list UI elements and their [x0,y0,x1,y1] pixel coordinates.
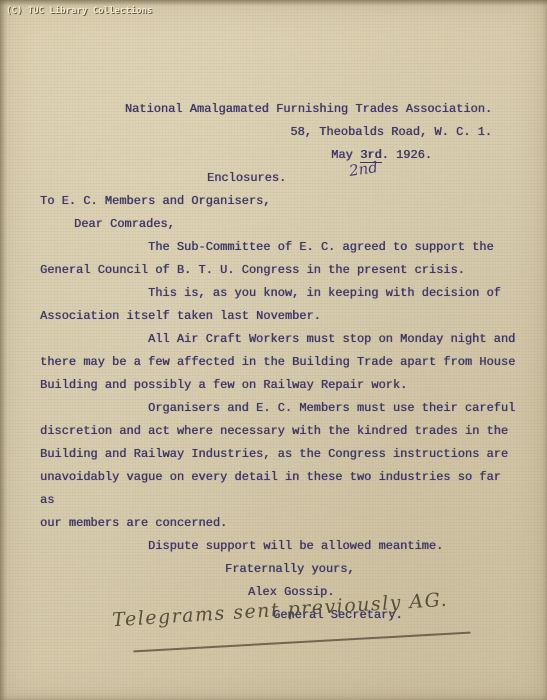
date-suffix: . 1926. [382,148,432,162]
date-line: May 3rd. 1926. [40,144,522,167]
enclosures-label: Enclosures. [40,167,522,190]
organisation-address: 58, Theobalds Road, W. C. 1. [40,121,522,144]
paragraph-2: This is, as you know, in keeping with de… [40,282,522,328]
salutation: Dear Comrades, [40,213,522,236]
recipient-line: To E. C. Members and Organisers, [40,190,522,213]
paragraph-3: All Air Craft Workers must stop on Monda… [40,328,522,397]
organisation-name: National Amalgamated Furnishing Trades A… [40,98,522,121]
paragraph-4: Organisers and E. C. Members must use th… [40,397,522,535]
watermark: (C) TUC Library Collections [6,6,152,16]
closing-line: Fraternally yours, [40,558,522,581]
letter-page: (C) TUC Library Collections National Ama… [0,0,547,700]
paragraph-5: Dispute support will be allowed meantime… [40,535,522,558]
paragraph-1: The Sub-Committee of E. C. agreed to sup… [40,236,522,282]
handwritten-note-underline [133,632,471,653]
letter-content: National Amalgamated Furnishing Trades A… [40,98,522,627]
